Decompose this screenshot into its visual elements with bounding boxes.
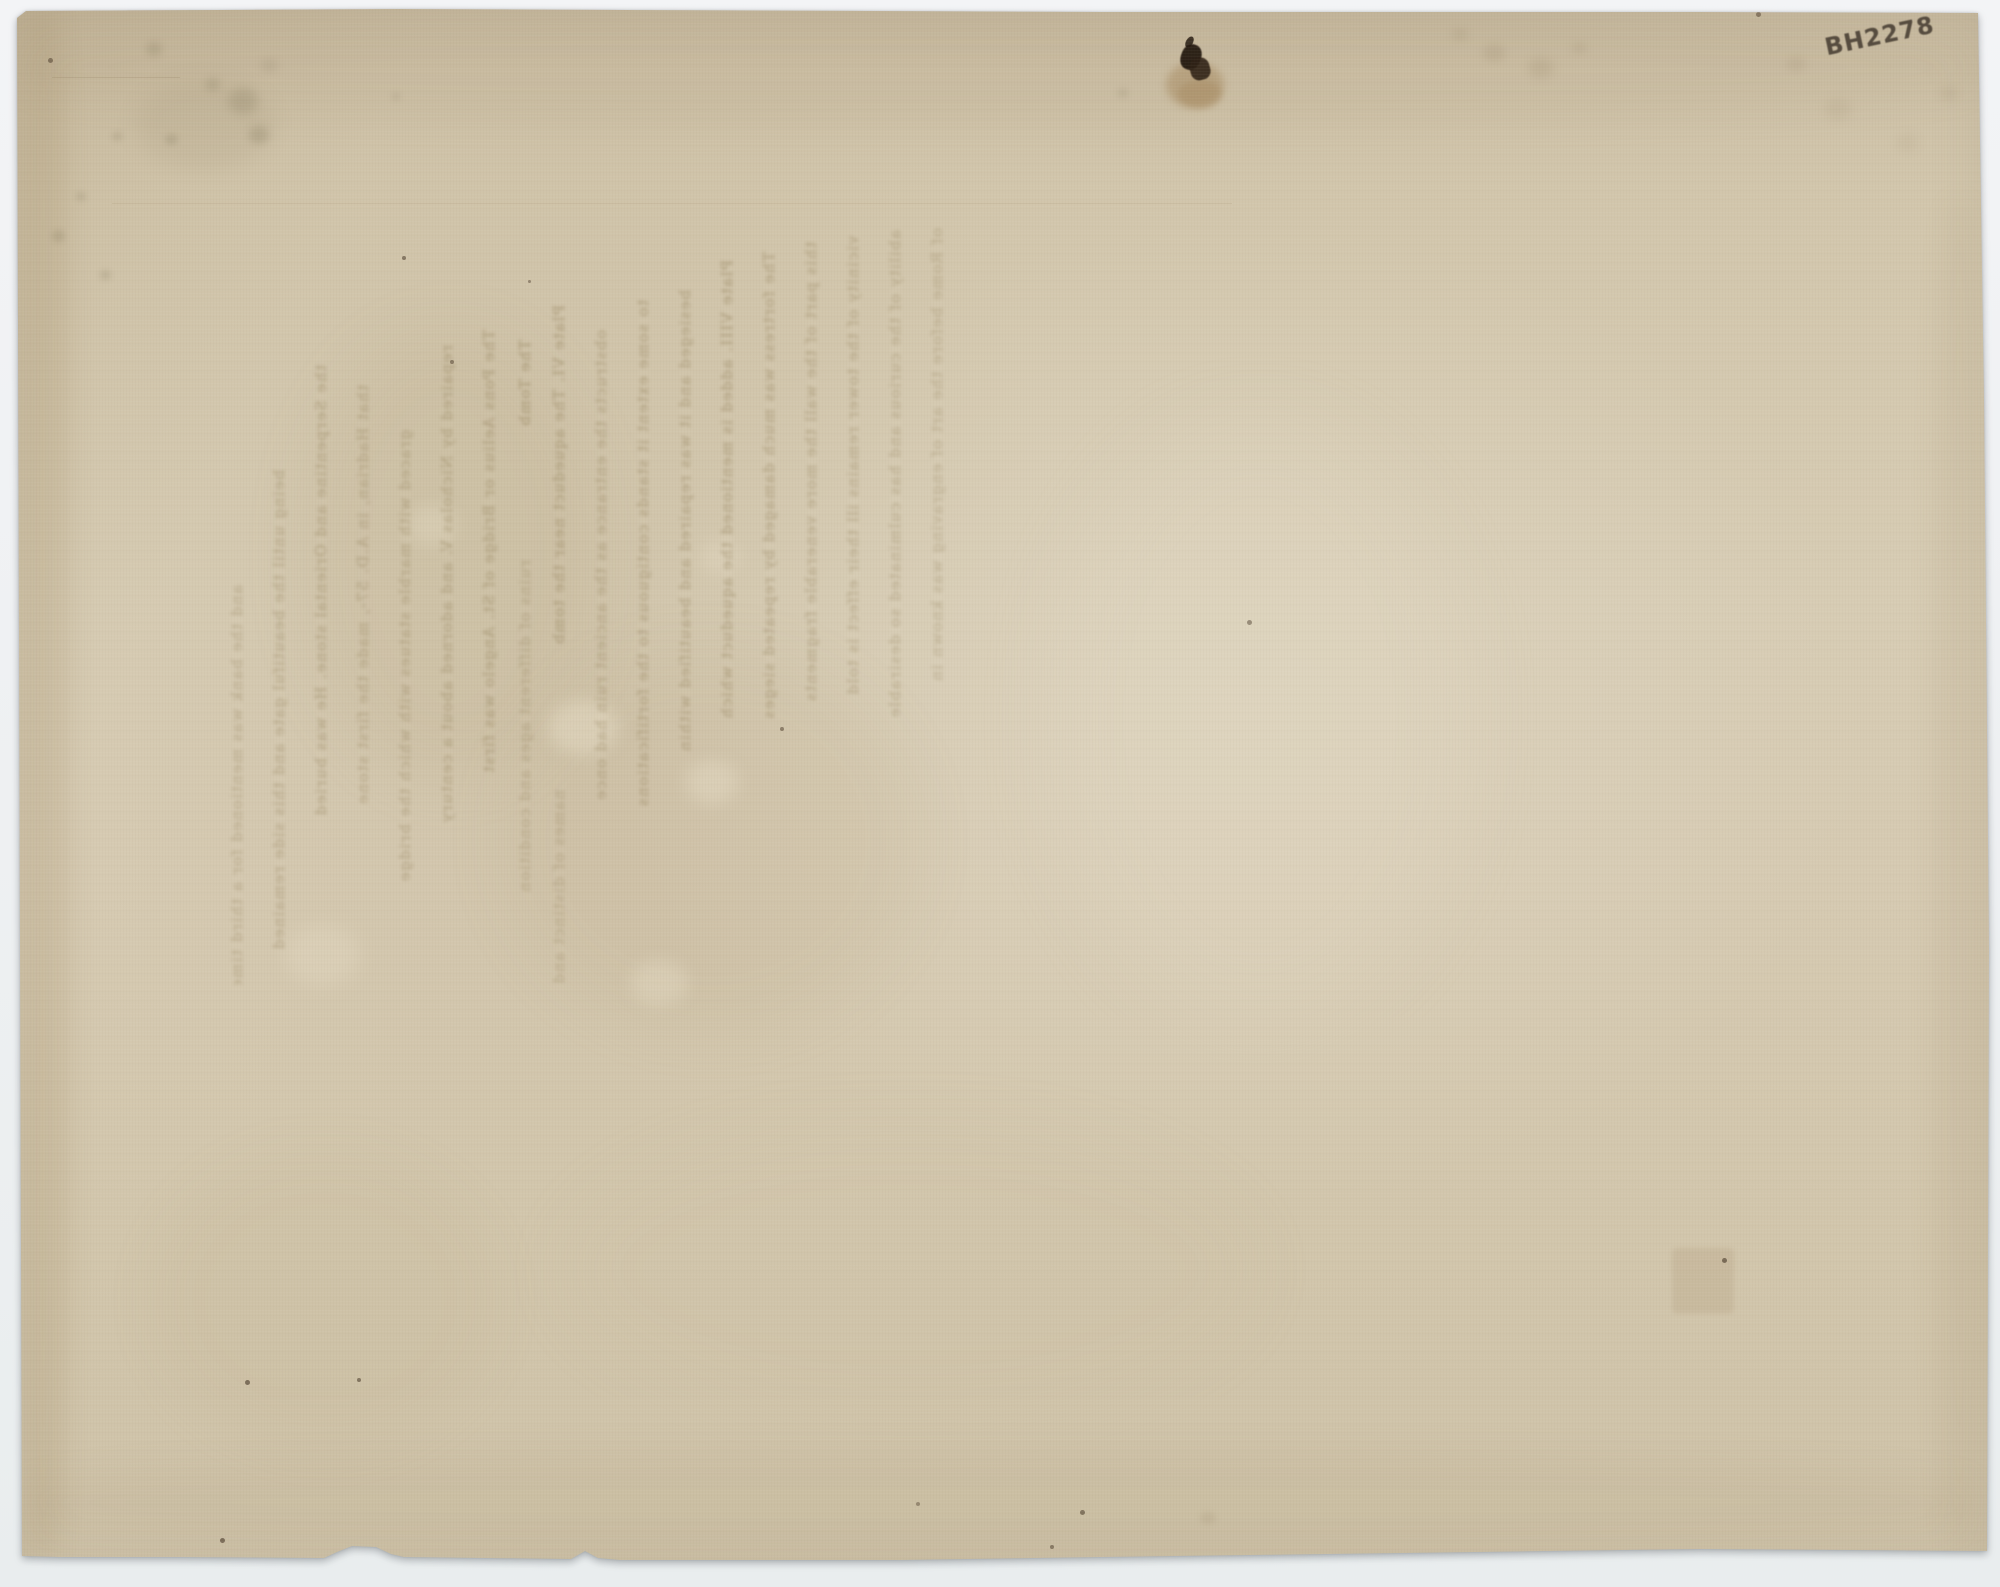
paper-sheet-wrap: and the bank was mentioned for a third t…: [0, 0, 2000, 1587]
bleedthrough-column: ability of the curious and has culminate…: [886, 230, 904, 890]
fleck: [48, 58, 53, 63]
bleedthrough-column: The Tomb: [516, 340, 534, 485]
bleedthrough-column: that Hadrian, in A.D. 57-, made the firs…: [354, 385, 372, 995]
bleedthrough-column: this part of the wall the more venerable…: [802, 242, 820, 942]
fleck: [402, 256, 406, 260]
stain-spot: [1896, 134, 1918, 152]
bleedthrough-column: besieged and it was repaired and beautif…: [676, 290, 694, 1010]
stain-spot: [560, 1120, 1260, 1420]
bleedthrough-column: repaired by Nicholas V. and adorned abou…: [438, 345, 456, 985]
stain-spot: [228, 88, 258, 114]
stain-spot: [100, 270, 111, 280]
stain-spot: [150, 1150, 500, 1450]
stain-spot: [146, 42, 162, 56]
bleedthrough-column: Plate VI. The aqueduct near the tomb: [550, 305, 568, 725]
bleedthrough-column: obstructs the entrance as the ancient ru…: [592, 330, 610, 1010]
stain-spot: [52, 230, 65, 242]
stain-spot: [1200, 1512, 1216, 1524]
bleedthrough-column: The fortress was much damaged by repeate…: [760, 252, 778, 972]
fleck: [450, 360, 454, 364]
stain-spot: [1572, 42, 1587, 54]
stain-spot: [205, 78, 220, 91]
fleck: [1756, 12, 1761, 17]
bleedthrough-column: names of distinct and: [550, 790, 568, 1020]
bleedthrough-column: to some extent it stands contiguous to t…: [634, 300, 652, 1000]
crease-line: [52, 77, 180, 78]
stain-spot: [1117, 88, 1129, 98]
stain-spot: [1452, 28, 1468, 41]
fleck: [1050, 1545, 1054, 1549]
fleck: [916, 1502, 920, 1506]
bleedthrough-column: graced with marble statues with which th…: [396, 430, 414, 1000]
fleck: [245, 1380, 250, 1385]
stain-spot: [391, 92, 401, 101]
fleck: [1722, 1258, 1727, 1263]
stain-spot: [1786, 56, 1806, 72]
bleedthrough-column: The Pons Aelius or Bridge of St. Angelo …: [480, 330, 498, 1020]
stain-spot: [20, 1450, 1980, 1555]
fleck: [1080, 1510, 1085, 1515]
stain-spot: [1824, 98, 1852, 120]
crease-line: [112, 203, 1232, 204]
paper-sheet: and the bank was mentioned for a third t…: [0, 0, 2000, 1587]
stain-spot: [18, 12, 1982, 122]
stain-spot: [1483, 44, 1505, 62]
scan-background: and the bank was mentioned for a third t…: [0, 0, 2000, 1587]
stain-spot: [260, 58, 278, 73]
fleck: [1247, 620, 1252, 625]
bleedthrough-column: vicinity of the tower remains ill their …: [844, 236, 862, 916]
stain-spot: [1178, 80, 1222, 108]
fleck: [220, 1538, 225, 1543]
stain-spot: [76, 192, 86, 201]
stain-spot: [1050, 420, 1470, 1020]
stain-spot: [1940, 86, 1958, 101]
bleedthrough-column: and the bank was mentioned for a third t…: [228, 585, 246, 985]
bleedthrough-column: of Rome before the art of engraving was …: [928, 228, 946, 868]
fleck: [528, 280, 531, 283]
bleedthrough-column: being until the beautiful gate and this …: [270, 470, 288, 1000]
stain-spot: [249, 126, 269, 144]
stain-spot: [1528, 58, 1554, 78]
bleedthrough-column: ruins of different ages and condition: [516, 560, 534, 990]
fleck: [357, 1378, 361, 1382]
stain-spot: [1930, 200, 1988, 1550]
bleedthrough-column: Plate VIII. added is mentioned the aqued…: [718, 260, 736, 1000]
fleck: [780, 727, 784, 731]
bleedthrough-column: the Serpentine and Oriental stone. He wa…: [312, 365, 330, 1005]
torn-edge-notch: [322, 1528, 392, 1560]
stain-spot: [16, 12, 71, 1552]
stain-spot: [112, 132, 122, 141]
stain-spot: [165, 134, 178, 145]
